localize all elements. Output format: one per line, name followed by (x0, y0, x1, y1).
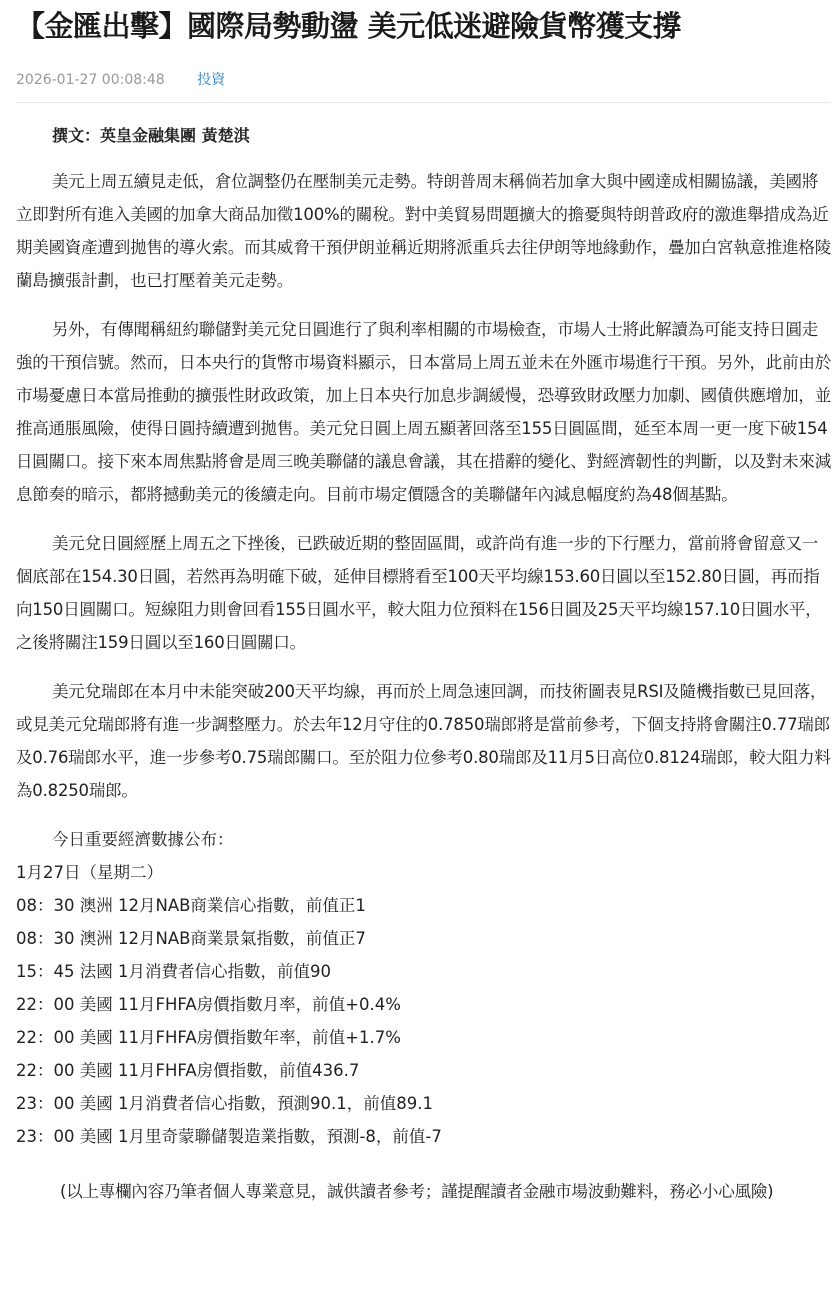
divider (16, 102, 830, 103)
category-link[interactable]: 投資 (197, 72, 225, 88)
paragraph: 美元兌瑞郎在本月中未能突破200天平均線，再而於上周急速回調，而技術圖表見RSI… (16, 675, 831, 807)
paragraph: 美元上周五續見走低，倉位調整仍在壓制美元走勢。特朗普周末稱倘若加拿大與中國達成相… (16, 165, 831, 297)
economic-data-item: 22：00 美國 11月FHFA房價指數月率，前值+0.4% (16, 988, 831, 1021)
economic-data-item: 22：00 美國 11月FHFA房價指數，前值436.7 (16, 1054, 831, 1087)
economic-data-item: 22：00 美國 11月FHFA房價指數年率，前值+1.7% (16, 1021, 831, 1054)
disclaimer: (以上專欄內容乃筆者個人專業意見，誠供讀者參考；謹提醒讀者金融市場波動難料，務必… (16, 1175, 831, 1208)
economic-data-item: 23：00 美國 1月里奇蒙聯儲製造業指數，預測-8，前值-7 (16, 1120, 831, 1153)
paragraph: 美元兌日圓經歷上周五之下挫後，已跌破近期的整固區間，或許尚有進一步的下行壓力，當… (16, 527, 831, 659)
article-title: 【金匯出擊】國際局勢動盪 美元低迷避險貨幣獲支撐 (16, 0, 831, 50)
publish-timestamp: 2026-01-27 00:08:48 (16, 72, 165, 88)
economic-data-item: 23：00 美國 1月消費者信心指數，預測90.1，前值89.1 (16, 1087, 831, 1120)
paragraph: 另外，有傳聞稱紐約聯儲對美元兌日圓進行了與利率相關的市場檢查，市場人士將此解讀為… (16, 313, 831, 511)
article-body: 美元上周五續見走低，倉位調整仍在壓制美元走勢。特朗普周末稱倘若加拿大與中國達成相… (16, 165, 831, 1208)
economic-data-item: 15：45 法國 1月消費者信心指數，前值90 (16, 955, 831, 988)
economic-data-item: 08：30 澳洲 12月NAB商業信心指數，前值正1 (16, 889, 831, 922)
economic-data-item: 08：30 澳洲 12月NAB商業景氣指數，前值正7 (16, 922, 831, 955)
article: 【金匯出擊】國際局勢動盪 美元低迷避險貨幣獲支撐 2026-01-27 00:0… (0, 0, 831, 1208)
article-meta: 2026-01-27 00:08:48 投資 (16, 70, 831, 90)
economic-data-date: 1月27日（星期二） (16, 856, 831, 889)
economic-data-heading: 今日重要經濟數據公布： (16, 823, 831, 856)
byline: 撰文：英皇金融集團 黃楚淇 (16, 125, 831, 147)
economic-data-list: 今日重要經濟數據公布： 1月27日（星期二） 08：30 澳洲 12月NAB商業… (16, 823, 831, 1153)
